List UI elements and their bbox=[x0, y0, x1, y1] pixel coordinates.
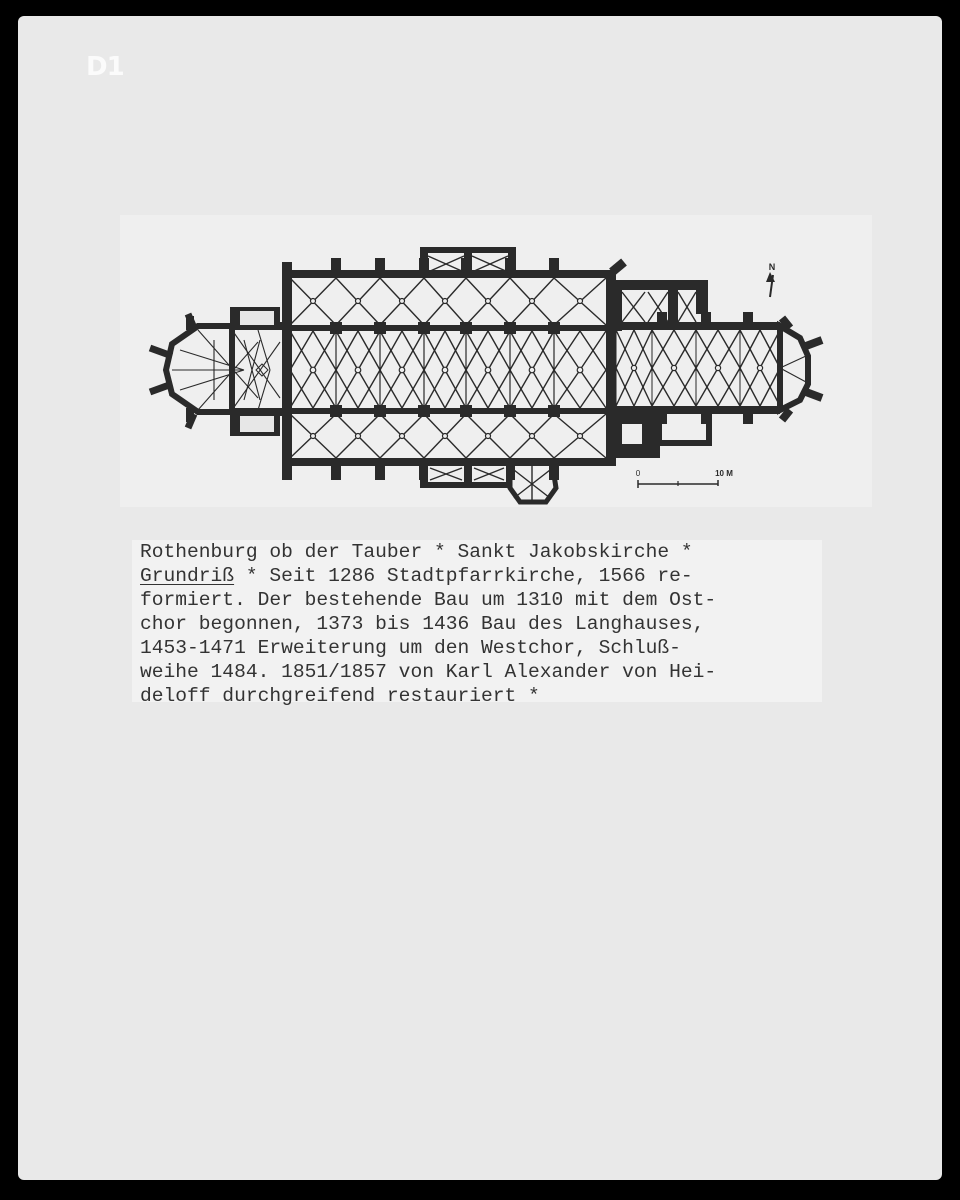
caption-line: Rothenburg ob der Tauber * Sankt Jakobsk… bbox=[140, 540, 716, 564]
caption-line: formiert. Der bestehende Bau um 1310 mit… bbox=[140, 588, 716, 612]
north-arrow-label: N bbox=[769, 262, 776, 272]
scale-end-label: 10 M bbox=[715, 469, 733, 478]
floor-plan-figure: N010 M bbox=[120, 215, 872, 507]
caption-line: Grundriß * Seit 1286 Stadtpfarrkirche, 1… bbox=[140, 564, 716, 588]
scale-start-label: 0 bbox=[636, 469, 641, 478]
church-floor-plan: N010 M bbox=[120, 215, 872, 507]
caption-block: Rothenburg ob der Tauber * Sankt Jakobsk… bbox=[132, 540, 822, 702]
caption-line: deloff durchgreifend restauriert * bbox=[140, 684, 716, 708]
caption-line: chor begonnen, 1373 bis 1436 Bau des Lan… bbox=[140, 612, 716, 636]
caption-text: Rothenburg ob der Tauber * Sankt Jakobsk… bbox=[140, 540, 716, 708]
caption-line: weihe 1484. 1851/1857 von Karl Alexander… bbox=[140, 660, 716, 684]
slide-label: D1 bbox=[86, 52, 124, 82]
caption-underlined-term: Grundriß bbox=[140, 565, 234, 587]
caption-line: 1453-1471 Erweiterung um den Westchor, S… bbox=[140, 636, 716, 660]
